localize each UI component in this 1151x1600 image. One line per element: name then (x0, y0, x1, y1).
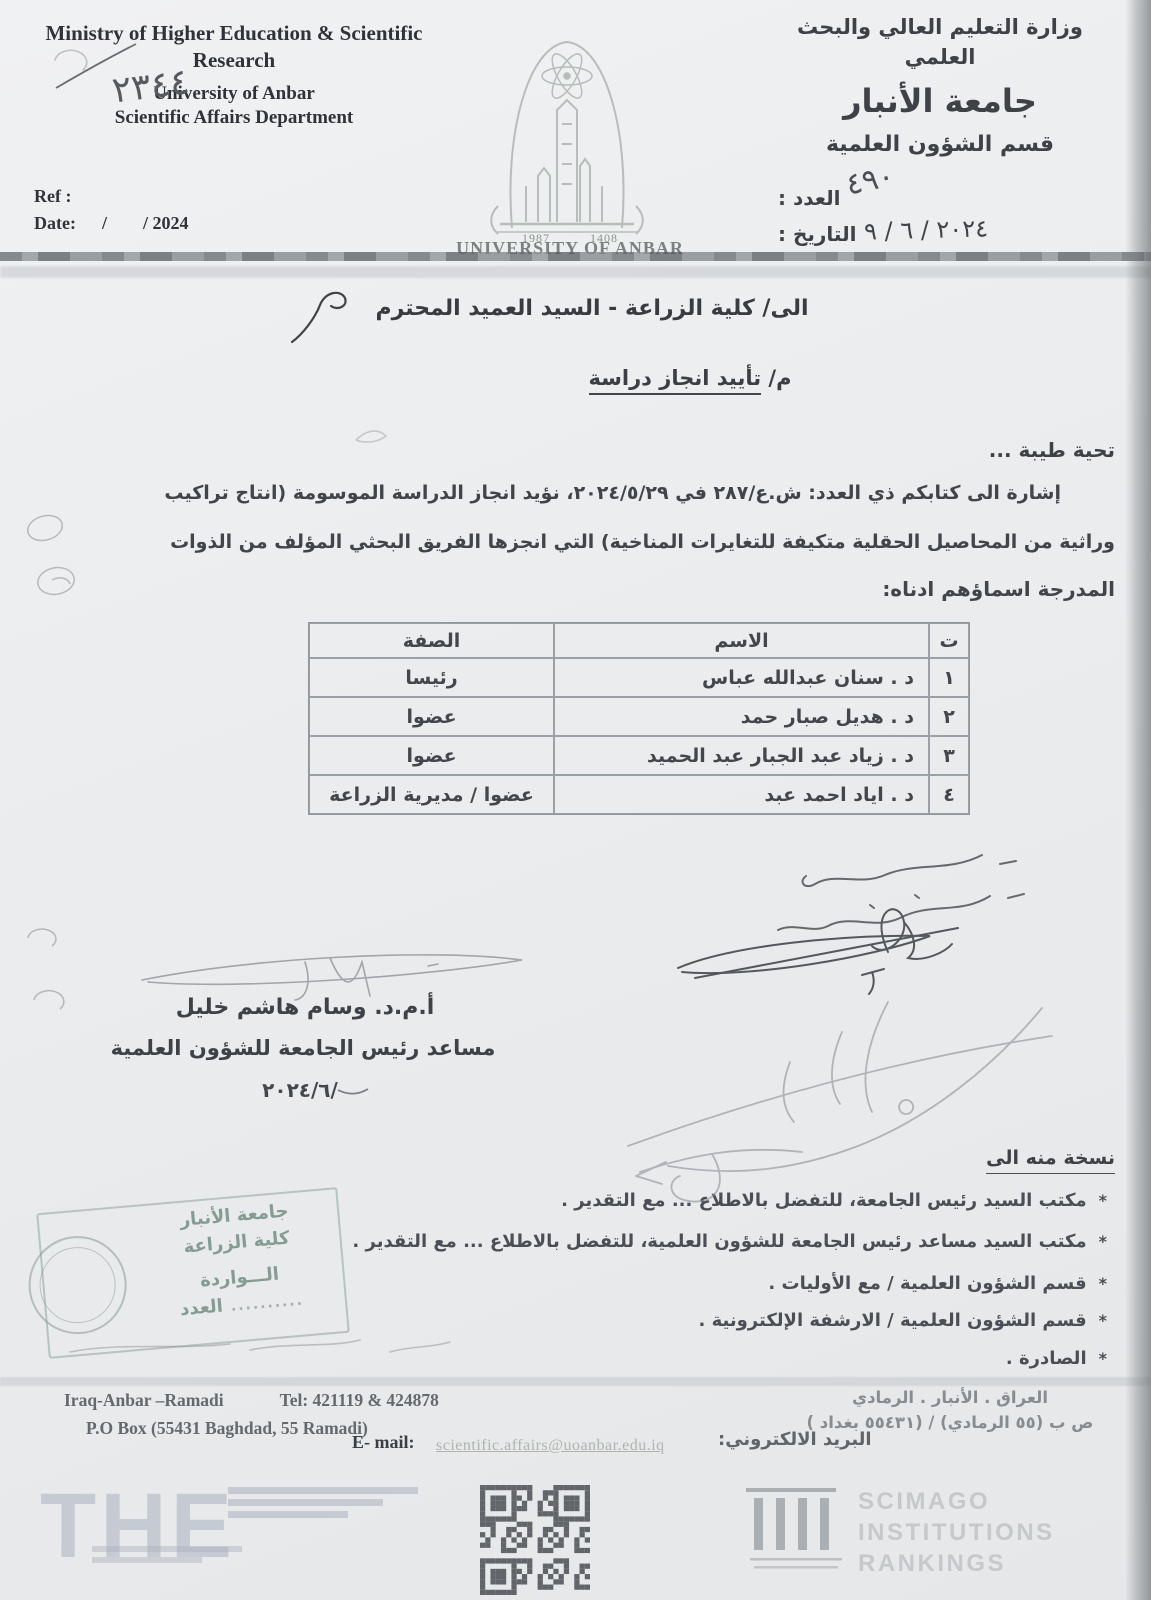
row1-role: رئيسا (309, 658, 554, 697)
official-signature (678, 909, 958, 994)
col-header-name: الاسم (554, 623, 929, 658)
col-header-no: ت (929, 623, 969, 658)
copy-item-5: *الصادرة . (1006, 1348, 1107, 1369)
email-label-en: E- mail: (352, 1432, 415, 1453)
copy-item-text: قسم الشؤون العلمية / الارشفة الإلكترونية… (698, 1310, 1086, 1331)
footer-city-en: Iraq-Anbar –Ramadi (64, 1390, 224, 1410)
addressee-line: الى/ كلية الزراعة - السيد العميد المحترم (307, 296, 877, 321)
footer-divider-band (0, 1377, 1151, 1386)
body-line-1: إشارة الى كتابكم ذي العدد: ش.ع/٢٨٧ في ٢٠… (164, 482, 1061, 504)
incoming-mail-stamp: جامعة الأنبار كلية الزراعة الـــواردة ال… (36, 1187, 350, 1359)
row2-role: عضوا (309, 697, 554, 736)
col-header-role: الصفة (309, 623, 554, 658)
scan-edge-shadow (1125, 0, 1151, 1600)
signatory-name: أ.م.د. وسام هاشم خليل (155, 995, 455, 1020)
scimago-line3: RANKINGS (858, 1548, 1055, 1579)
row4-role: عضوا / مديرية الزراعة (309, 775, 554, 814)
copies-heading: نسخة منه الى (986, 1147, 1115, 1174)
email-address: scientific.affairs@uoanbar.edu.iq (436, 1437, 665, 1455)
copy-item-1: *مكتب السيد رئيس الجامعة، للتفضل بالاطلا… (561, 1190, 1107, 1211)
email-label-ar: البريد الالكتروني: (718, 1429, 872, 1450)
footer-address-en: Iraq-Anbar –RamadiTel: 421119 & 424878 (64, 1390, 439, 1411)
row4-name: د . اياد احمد عبد (554, 775, 929, 814)
number-value-handwritten: ٤٩٠ (843, 158, 898, 202)
research-team-table: ت الاسم الصفة ١ د . سنان عبدالله عباس رئ… (308, 622, 970, 815)
department-name-ar: قسم الشؤون العلمية (760, 132, 1120, 157)
stamp-number-label: العدد (179, 1293, 224, 1324)
row1-no: ١ (929, 658, 969, 697)
body-line-3: المدرجة اسماؤهم ادناه: (882, 577, 1115, 601)
copy-item-3: *قسم الشؤون العلمية / مع الأوليات . (768, 1273, 1107, 1294)
handwritten-annotation (778, 855, 1024, 930)
row4-no: ٤ (929, 775, 969, 814)
university-of-anbar-logo: 1987 1408 (452, 14, 682, 254)
body-line-2: وراثية من المحاصيل الحقلية متكيفة للتغاي… (170, 531, 1115, 553)
the-logo-lower-bars (92, 1546, 242, 1568)
row2-no: ٢ (929, 697, 969, 736)
footer-address-ar: العراق . الأنبار . الرمادي ص ب (٥٥ الرما… (800, 1388, 1100, 1432)
subject-line: م/ تأييد انجاز دراسة (560, 366, 820, 390)
row3-role: عضوا (309, 736, 554, 775)
ministry-line1: Ministry of Higher Education & Scientifi… (45, 21, 422, 45)
date-row-en: Date:/ / 2024 (34, 213, 189, 234)
header-divider-band (0, 252, 1151, 261)
university-name-en: University of Anbar (28, 83, 440, 105)
bullet-icon: * (1099, 1274, 1107, 1293)
stamp-seal-icon (25, 1232, 131, 1338)
faint-pencil-word (356, 431, 386, 442)
date-value-en: / / 2024 (102, 213, 189, 233)
copy-item-4: *قسم الشؤون العلمية / الارشفة الإلكتروني… (698, 1310, 1107, 1331)
copy-item-text: الصادرة . (1006, 1348, 1087, 1369)
bullet-icon: * (1099, 1311, 1107, 1330)
date-value-handwritten: ٢٠٢٤ / ٦ / ٩ (864, 214, 989, 245)
ministry-line2: Research (193, 48, 275, 72)
scimago-line1: SCIMAGO (858, 1486, 1055, 1517)
copy-item-text: مكتب السيد رئيس الجامعة، للتفضل بالاطلاع… (561, 1190, 1086, 1211)
bullet-icon: * (1099, 1191, 1107, 1210)
ministry-name-en: Ministry of Higher Education & Scientifi… (28, 20, 440, 74)
subject-prefix: م/ (761, 366, 791, 390)
greeting-line: تحية طيبة ... (989, 438, 1115, 462)
date-label-ar: التاريخ : (778, 222, 856, 246)
stamp-dotted-line: .......... (230, 1287, 305, 1320)
row1-name: د . سنان عبدالله عباس (554, 658, 929, 697)
footer-city-ar: العراق . الأنبار . الرمادي (800, 1388, 1100, 1407)
ministry-name-ar: وزارة التعليم العالي والبحث العلمي (760, 12, 1120, 72)
qr-code (480, 1484, 590, 1596)
row2-name: د . هديل صبار حمد (554, 697, 929, 736)
signature-date: ٢٠٢٤/٦/ (200, 1078, 400, 1102)
row3-no: ٣ (929, 736, 969, 775)
date-label-en: Date: (34, 213, 76, 233)
header-divider-shadow (0, 266, 1151, 278)
header-english: Ministry of Higher Education & Scientifi… (28, 20, 440, 129)
footer-pobox-en: P.O Box (55431 Baghdad, 55 Ramadi) (86, 1418, 368, 1439)
scimago-logo-text: SCIMAGO INSTITUTIONS RANKINGS (858, 1486, 1055, 1579)
scanned-letter-page: Ministry of Higher Education & Scientifi… (0, 0, 1151, 1600)
signatory-title: مساعد رئيس الجامعة للشؤون العلمية (88, 1036, 518, 1060)
subject-text: تأييد انجاز دراسة (589, 366, 762, 395)
bullet-icon: * (1099, 1349, 1107, 1368)
copy-item-text: مكتب السيد مساعد رئيس الجامعة للشؤون الع… (352, 1231, 1086, 1252)
university-name-ar: جامعة الأنبار (760, 82, 1120, 120)
bullet-icon: * (1099, 1232, 1107, 1251)
assistant-president-signature (142, 955, 522, 1000)
footer-tel: Tel: 421119 & 424878 (280, 1390, 439, 1410)
the-logo-caption-bars (228, 1487, 418, 1523)
copy-item-2: *مكتب السيد مساعد رئيس الجامعة للشؤون ال… (352, 1231, 1107, 1252)
margin-scribbles (28, 515, 74, 1009)
department-name-en: Scientific Affairs Department (28, 107, 440, 129)
row3-name: د . زياد عبد الجبار عبد الحميد (554, 736, 929, 775)
number-label-ar: العدد : (778, 186, 840, 210)
ref-label: Ref : (34, 186, 71, 207)
scimago-pillars-icon (742, 1486, 846, 1580)
scimago-line2: INSTITUTIONS (858, 1517, 1055, 1548)
copy-item-text: قسم الشؤون العلمية / مع الأوليات . (768, 1273, 1086, 1294)
header-arabic: وزارة التعليم العالي والبحث العلمي جامعة… (760, 12, 1120, 157)
